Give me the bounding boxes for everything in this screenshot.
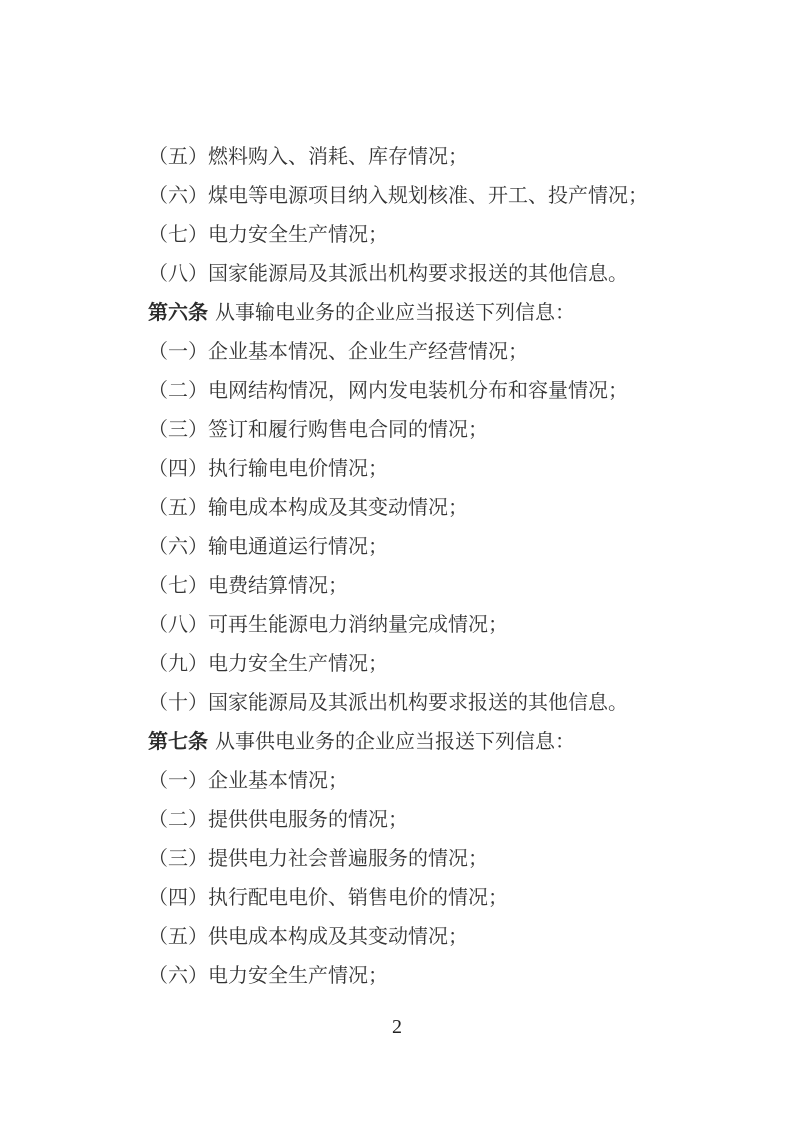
document-line: （二）电网结构情况，网内发电装机分布和容量情况； <box>148 372 674 411</box>
document-line: （六）电力安全生产情况； <box>148 957 674 996</box>
line-text: （六）输电通道运行情况； <box>148 536 388 558</box>
document-line: （八）可再生能源电力消纳量完成情况； <box>148 606 674 645</box>
document-line: （七）电力安全生产情况； <box>148 216 674 255</box>
document-line: （三）提供电力社会普遍服务的情况； <box>148 840 674 879</box>
line-text: （二）电网结构情况，网内发电装机分布和容量情况； <box>148 380 628 402</box>
document-line: （五）输电成本构成及其变动情况； <box>148 489 674 528</box>
line-text: （一）企业基本情况； <box>148 770 348 792</box>
line-text: （五）输电成本构成及其变动情况； <box>148 497 468 519</box>
document-line: （七）电费结算情况； <box>148 567 674 606</box>
line-text: （六）煤电等电源项目纳入规划核准、开工、投产情况； <box>148 185 648 207</box>
document-line: （三）签订和履行购售电合同的情况； <box>148 411 674 450</box>
line-text: （七）电力安全生产情况； <box>148 224 388 246</box>
line-text: （十）国家能源局及其派出机构要求报送的其他信息。 <box>148 692 628 714</box>
article-number: 第六条 <box>148 302 208 324</box>
line-text: （五）供电成本构成及其变动情况； <box>148 926 468 948</box>
document-line: （五）燃料购入、消耗、库存情况； <box>148 138 674 177</box>
document-line: （六）煤电等电源项目纳入规划核准、开工、投产情况； <box>148 177 674 216</box>
document-line: （五）供电成本构成及其变动情况； <box>148 918 674 957</box>
line-text: （三）提供电力社会普遍服务的情况； <box>148 848 488 870</box>
document-line: （十）国家能源局及其派出机构要求报送的其他信息。 <box>148 684 674 723</box>
document-line: （九）电力安全生产情况； <box>148 645 674 684</box>
page-number: 2 <box>392 1016 402 1038</box>
document-line: 第六条从事输电业务的企业应当报送下列信息： <box>148 294 674 333</box>
line-text: （二）提供供电服务的情况； <box>148 809 408 831</box>
document-line: （六）输电通道运行情况； <box>148 528 674 567</box>
line-text: （四）执行配电电价、销售电价的情况； <box>148 887 508 909</box>
line-text: （一）企业基本情况、企业生产经营情况； <box>148 341 528 363</box>
line-text: 从事输电业务的企业应当报送下列信息： <box>215 302 575 324</box>
line-text: （六）电力安全生产情况； <box>148 965 388 987</box>
line-text: （四）执行输电电价情况； <box>148 458 388 480</box>
line-text: （八）可再生能源电力消纳量完成情况； <box>148 614 508 636</box>
document-line: 第七条从事供电业务的企业应当报送下列信息： <box>148 723 674 762</box>
document-body: （五）燃料购入、消耗、库存情况； （六）煤电等电源项目纳入规划核准、开工、投产情… <box>148 138 674 996</box>
line-text: （三）签订和履行购售电合同的情况； <box>148 419 488 441</box>
line-text: （五）燃料购入、消耗、库存情况； <box>148 146 468 168</box>
line-text: （七）电费结算情况； <box>148 575 348 597</box>
line-text: （九）电力安全生产情况； <box>148 653 388 675</box>
document-line: （一）企业基本情况、企业生产经营情况； <box>148 333 674 372</box>
page-footer: 2 <box>0 1008 794 1047</box>
document-line: （二）提供供电服务的情况； <box>148 801 674 840</box>
article-number: 第七条 <box>148 731 208 753</box>
document-line: （一）企业基本情况； <box>148 762 674 801</box>
document-line: （八）国家能源局及其派出机构要求报送的其他信息。 <box>148 255 674 294</box>
document-page: （五）燃料购入、消耗、库存情况； （六）煤电等电源项目纳入规划核准、开工、投产情… <box>0 0 794 1123</box>
line-text: 从事供电业务的企业应当报送下列信息： <box>215 731 575 753</box>
line-text: （八）国家能源局及其派出机构要求报送的其他信息。 <box>148 263 628 285</box>
document-line: （四）执行配电电价、销售电价的情况； <box>148 879 674 918</box>
document-line: （四）执行输电电价情况； <box>148 450 674 489</box>
